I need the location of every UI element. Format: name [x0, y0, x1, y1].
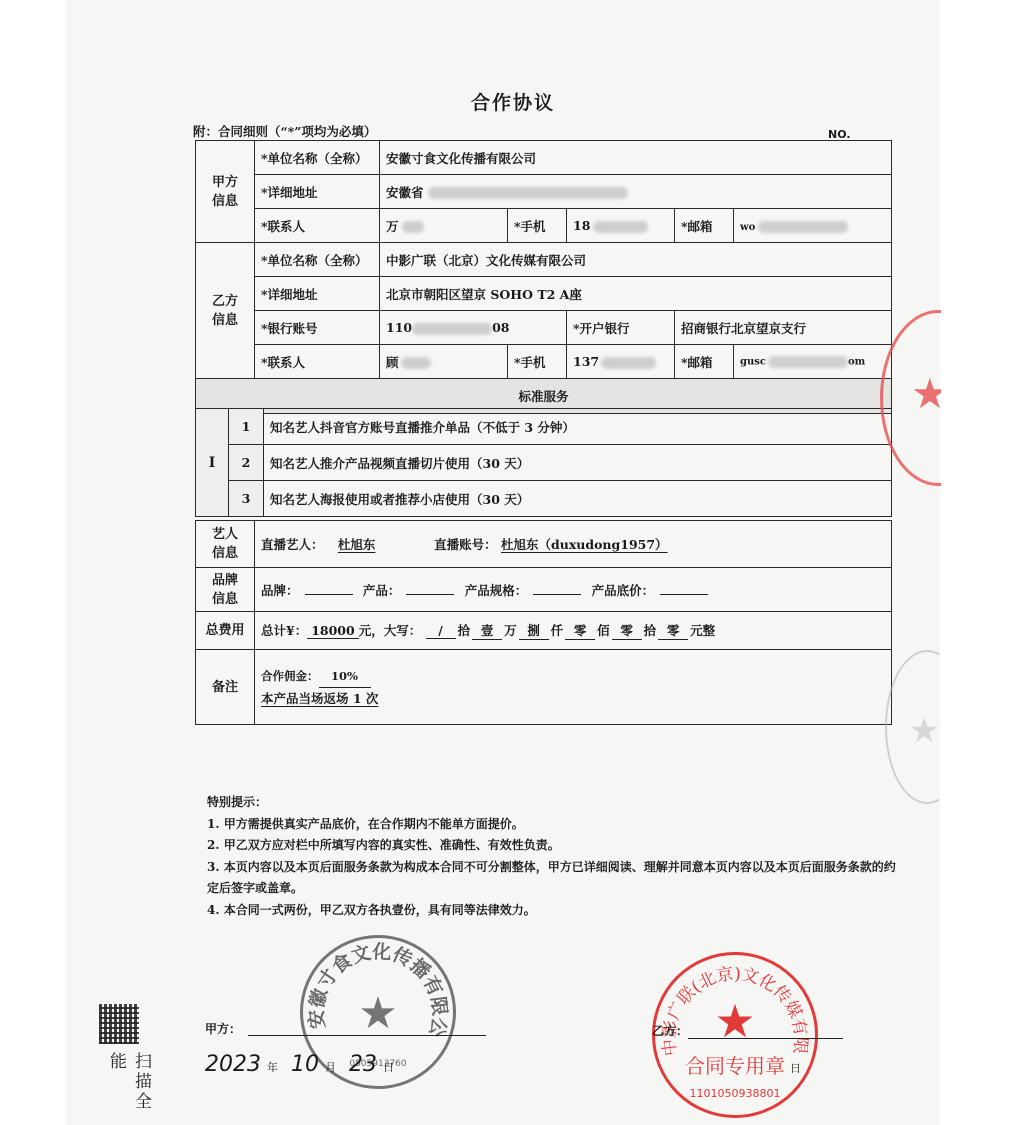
party-a-contact-row: *联系人 万 *手机 18 *邮箱 wo	[196, 209, 892, 243]
star-icon: ★	[909, 711, 939, 751]
party-b-bank-label: *开户银行	[567, 311, 675, 345]
party-a-phone-label: *手机	[508, 209, 567, 243]
party-b-contact-value: 顾	[380, 345, 508, 379]
service-row: 3 知名艺人海报使用或者推荐小店使用（30 天）	[196, 481, 892, 517]
party-b-signature-label: 乙方：	[652, 1022, 688, 1039]
uppercase-digit: 壹	[472, 621, 502, 640]
svg-text:1101050938801: 1101050938801	[690, 1087, 781, 1100]
uppercase-unit: 拾	[458, 623, 471, 638]
service-index: 3	[229, 481, 264, 517]
price-blank[interactable]	[660, 582, 708, 595]
party-b-contact-row: *联系人 顾 *手机 137 *邮箱 guscom	[196, 345, 892, 379]
brand-group-label: 品牌信息	[196, 568, 255, 612]
price-label: 产品底价：	[592, 583, 655, 598]
scanner-watermark: 扫描全能	[104, 1052, 154, 1125]
special-notes: 特别提示： 1. 甲方需提供真实产品底价，在合作期内不能单方面提价。 2. 甲乙…	[207, 792, 897, 921]
party-b-bank-account-label: *银行账号	[255, 311, 380, 345]
signature-date: 2023年 10月 23日	[205, 1052, 400, 1077]
party-a-address-row: *详细地址 安徽省	[196, 175, 892, 209]
note-item: 4. 本合同一式两份，甲乙双方各执壹份，具有同等法律效力。	[207, 900, 897, 922]
party-a-group-label: 甲方信息	[196, 141, 255, 243]
notes-heading: 特别提示：	[207, 792, 897, 814]
brand-blank[interactable]	[305, 582, 353, 595]
product-label: 产品：	[363, 583, 401, 598]
uppercase-unit: 元整	[690, 623, 715, 638]
party-b-group-label: 乙方信息	[196, 243, 255, 379]
party-a-phone-value: 18	[567, 209, 675, 243]
party-b-bank-row: *银行账号 11008 *开户银行 招商银行北京望京支行	[196, 311, 892, 345]
uppercase-digit: 零	[565, 621, 595, 640]
party-a-signature-label: 甲方：	[205, 1020, 241, 1037]
party-a-company-value: 安徽寸食文化传播有限公司	[380, 141, 892, 175]
star-icon: ★	[714, 994, 755, 1048]
artist-info: 直播艺人： 杜旭东 直播账号： 杜旭东（duxudong1957）	[255, 521, 892, 568]
party-a-signature-line[interactable]	[248, 1035, 486, 1036]
remarks-info: 合作佣金：10% 本产品当场返场 1 次	[255, 650, 892, 725]
party-b-address-value: 北京市朝阳区望京 SOHO T2 A座	[380, 277, 892, 311]
product-blank[interactable]	[406, 582, 454, 595]
artist-label: 直播艺人：	[261, 537, 324, 552]
uppercase-digit: 零	[658, 621, 688, 640]
party-b-day-unit: 日	[790, 1060, 801, 1076]
star-icon: ★	[358, 988, 397, 1039]
party-a-company-row: 甲方信息 *单位名称（全称） 安徽寸食文化传播有限公司	[196, 141, 892, 175]
note-item: 1. 甲方需提供真实产品底价，在合作期内不能单方面提价。	[207, 814, 897, 836]
uppercase-digit: /	[426, 623, 456, 639]
details-table: 艺人信息 直播艺人： 杜旭东 直播账号： 杜旭东（duxudong1957） 品…	[195, 520, 892, 725]
redaction	[601, 357, 656, 369]
note-item: 2. 甲乙双方应对栏中所填写内容的真实性、准确性、有效性负责。	[207, 835, 897, 857]
party-b-email-label: *邮箱	[675, 345, 734, 379]
party-a-address-label: *详细地址	[255, 175, 380, 209]
svg-text:合同专用章: 合同专用章	[685, 1054, 785, 1078]
uppercase-digit: 捌	[519, 621, 549, 640]
remarks-group-label: 备注	[196, 650, 255, 725]
party-b-signature-line[interactable]	[688, 1038, 843, 1039]
total-uppercase: /拾壹万捌仟零佰零拾零元整	[426, 623, 718, 638]
total-group-label: 总费用	[196, 612, 255, 650]
service-text: 知名艺人海报使用或者推荐小店使用（30 天）	[264, 481, 892, 517]
uppercase-unit: 佰	[597, 623, 610, 638]
service-index: 1	[229, 409, 264, 445]
commission-value: 10%	[319, 665, 371, 688]
remarks-note: 本产品当场返场 1 次	[261, 688, 885, 710]
party-b-company-label: *单位名称（全称）	[255, 243, 380, 277]
perforation-seal-gray: ★	[885, 650, 969, 804]
date-year: 2023	[205, 1052, 261, 1077]
contract-form-table: 甲方信息 *单位名称（全称） 安徽寸食文化传播有限公司 *详细地址 安徽省 *联…	[195, 140, 892, 414]
spec-label: 产品规格：	[465, 583, 528, 598]
service-text: 知名艺人推介产品视频直播切片使用（30 天）	[264, 445, 892, 481]
year-unit: 年	[267, 1061, 278, 1074]
month-unit: 月	[325, 1061, 336, 1074]
party-b-phone-label: *手机	[508, 345, 567, 379]
remarks-row: 备注 合作佣金：10% 本产品当场返场 1 次	[196, 650, 892, 725]
brand-label: 品牌：	[261, 583, 299, 598]
document-title: 合作协议	[0, 88, 1026, 115]
party-a-email-label: *邮箱	[675, 209, 734, 243]
day-unit: 日	[383, 1061, 394, 1074]
service-row: I 1 知名艺人抖音官方账号直播推介单品（不低于 3 分钟）	[196, 409, 892, 445]
redaction	[412, 323, 492, 335]
party-b-bank-value: 招商银行北京望京支行	[675, 311, 892, 345]
redaction	[768, 356, 848, 368]
brand-row: 品牌信息 品牌： 产品： 产品规格： 产品底价：	[196, 568, 892, 612]
uppercase-unit: 拾	[644, 623, 657, 638]
date-month: 10	[291, 1052, 319, 1077]
brand-info: 品牌： 产品： 产品规格： 产品底价：	[255, 568, 892, 612]
service-row: 2 知名艺人推介产品视频直播切片使用（30 天）	[196, 445, 892, 481]
date-day: 23	[349, 1052, 377, 1077]
artist-value: 杜旭东	[328, 537, 386, 552]
party-b-company-row: 乙方信息 *单位名称（全称） 中影广联（北京）文化传媒有限公司	[196, 243, 892, 277]
service-text: 知名艺人抖音官方账号直播推介单品（不低于 3 分钟）	[264, 409, 892, 445]
commission-label: 合作佣金：	[261, 669, 319, 683]
redaction	[428, 187, 628, 199]
party-a-contact-label: *联系人	[255, 209, 380, 243]
party-a-email-value: wo	[734, 209, 892, 243]
party-b-email-value: guscom	[734, 345, 892, 379]
total-label: 总计¥：	[261, 623, 307, 638]
party-b-phone-value: 137	[567, 345, 675, 379]
party-b-address-row: *详细地址 北京市朝阳区望京 SOHO T2 A座	[196, 277, 892, 311]
service-group-marker: I	[196, 409, 229, 517]
uppercase-unit: 万	[504, 623, 517, 638]
party-b-bank-account-value: 11008	[380, 311, 567, 345]
party-a-contact-value: 万	[380, 209, 508, 243]
total-value: 18000	[307, 623, 359, 639]
note-item: 3. 本页内容以及本页后面服务条款为构成本合同不可分割整体，甲方已详细阅读、理解…	[207, 857, 897, 900]
services-table: I 1 知名艺人抖音官方账号直播推介单品（不低于 3 分钟） 2 知名艺人推介产…	[195, 408, 892, 517]
redaction	[402, 221, 424, 233]
artist-row: 艺人信息 直播艺人： 杜旭东 直播账号： 杜旭东（duxudong1957）	[196, 521, 892, 568]
account-value: 杜旭东（duxudong1957）	[501, 537, 668, 552]
redaction	[593, 221, 648, 233]
account-label: 直播账号：	[434, 537, 497, 552]
spec-blank[interactable]	[533, 582, 581, 595]
document-subtitle: 附：合同细则（“*”项均为必填）	[193, 122, 376, 140]
uppercase-digit: 零	[612, 621, 642, 640]
service-index: 2	[229, 445, 264, 481]
uppercase-unit: 仟	[551, 623, 564, 638]
party-a-company-label: *单位名称（全称）	[255, 141, 380, 175]
party-b-contact-label: *联系人	[255, 345, 380, 379]
total-yuan: 元，大写：	[359, 623, 422, 638]
party-b-company-value: 中影广联（北京）文化传媒有限公司	[380, 243, 892, 277]
star-icon: ★	[911, 369, 949, 418]
total-row: 总费用 总计¥：18000元，大写： /拾壹万捌仟零佰零拾零元整	[196, 612, 892, 650]
perforation-seal-red: ★	[880, 310, 996, 486]
party-a-address-value: 安徽省	[380, 175, 892, 209]
artist-group-label: 艺人信息	[196, 521, 255, 568]
total-info: 总计¥：18000元，大写： /拾壹万捌仟零佰零拾零元整	[255, 612, 892, 650]
qr-code-icon[interactable]	[99, 1004, 139, 1044]
redaction	[401, 357, 431, 369]
redaction	[758, 221, 848, 233]
party-b-address-label: *详细地址	[255, 277, 380, 311]
